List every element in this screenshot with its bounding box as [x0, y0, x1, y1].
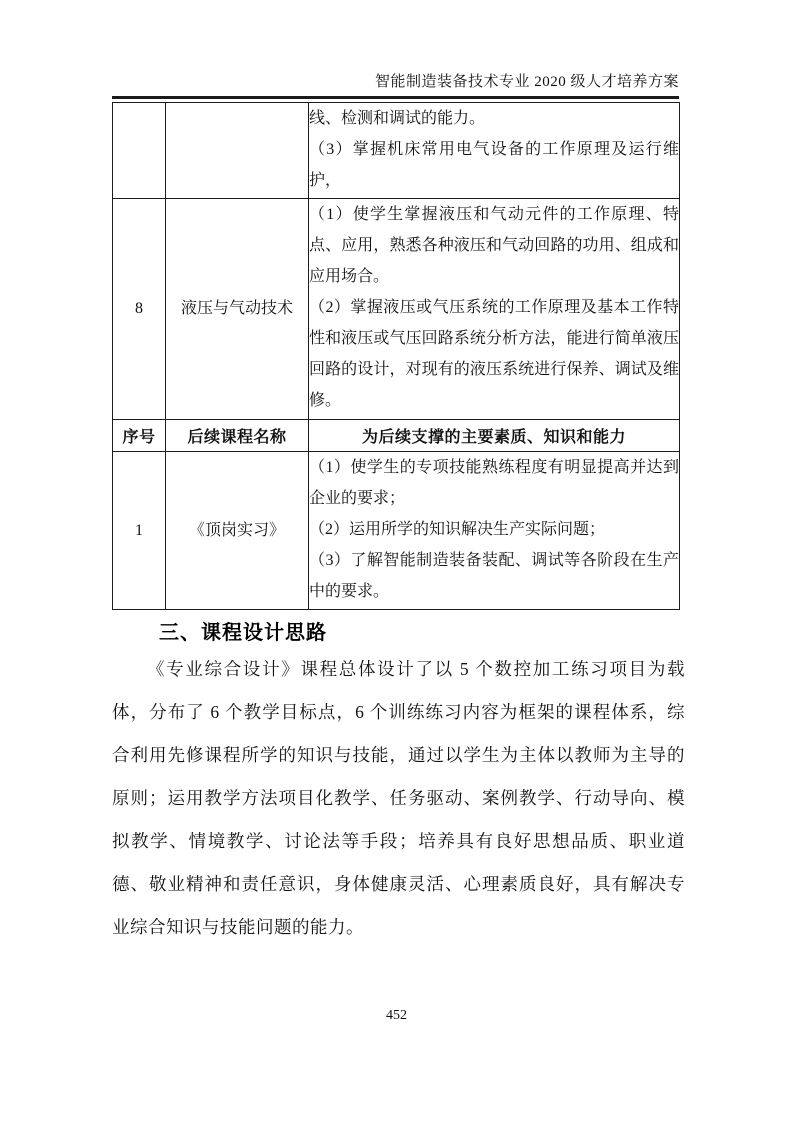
desc-line: （3）掌握机床常用电气设备的工作原理及运行维护，: [309, 134, 679, 196]
cell-seq: 1: [113, 452, 166, 610]
desc-line: （1）使学生掌握液压和气动元件的工作原理、特点、应用，熟悉各种液压和气动回路的功…: [309, 199, 679, 292]
cell-description: （1）使学生的专项技能熟练程度有明显提高并达到企业的要求； （2）运用所学的知识…: [309, 452, 680, 610]
cell-seq-empty: [113, 103, 166, 199]
document-header: 智能制造装备技术专业 2020 级人才培养方案: [113, 70, 679, 91]
cell-description: （1）使学生掌握液压和气动元件的工作原理、特点、应用，熟悉各种液压和气动回路的功…: [309, 199, 680, 420]
desc-line: （1）使学生的专项技能熟练程度有明显提高并达到企业的要求；: [309, 452, 679, 514]
table-row-8: 8 液压与气动技术 （1）使学生掌握液压和气动元件的工作原理、特点、应用，熟悉各…: [113, 199, 680, 420]
column-header-course: 后续课程名称: [166, 420, 309, 452]
table-header-row: 序号 后续课程名称 为后续支撑的主要素质、知识和能力: [113, 420, 680, 452]
header-title: 智能制造装备技术专业 2020 级人才培养方案: [375, 74, 679, 90]
course-support-table: 线、检测和调试的能力。 （3）掌握机床常用电气设备的工作原理及运行维护， 8 液…: [112, 102, 680, 610]
cell-description: 线、检测和调试的能力。 （3）掌握机床常用电气设备的工作原理及运行维护，: [309, 103, 680, 199]
desc-line: （2）掌握液压或气压系统的工作原理及基本工作特性和液压或气压回路系统分析方法，能…: [309, 292, 679, 416]
desc-line: （3）了解智能制造装备装配、调试等各阶段在生产中的要求。: [309, 545, 679, 607]
table-row-1: 1 《顶岗实习》 （1）使学生的专项技能熟练程度有明显提高并达到企业的要求； （…: [113, 452, 680, 610]
document-page: 智能制造装备技术专业 2020 级人才培养方案 线、检测和调试的能力。 （3）掌…: [0, 0, 793, 1122]
header-rule: [112, 96, 679, 99]
cell-course-name: 液压与气动技术: [166, 199, 309, 420]
desc-line: （2）运用所学的知识解决生产实际问题；: [309, 514, 679, 545]
column-header-seq: 序号: [113, 420, 166, 452]
table-row-continuation: 线、检测和调试的能力。 （3）掌握机床常用电气设备的工作原理及运行维护，: [113, 103, 680, 199]
desc-line: 线、检测和调试的能力。: [309, 103, 679, 134]
page-number: 452: [0, 1008, 793, 1024]
section-heading: 三、课程设计思路: [159, 616, 327, 645]
cell-course-empty: [166, 103, 309, 199]
column-header-desc: 为后续支撑的主要素质、知识和能力: [309, 420, 680, 452]
cell-course-name: 《顶岗实习》: [166, 452, 309, 610]
body-paragraph: 《专业综合设计》课程总体设计了以 5 个数控加工练习项目为载体，分布了 6 个教…: [112, 648, 685, 949]
cell-seq: 8: [113, 199, 166, 420]
